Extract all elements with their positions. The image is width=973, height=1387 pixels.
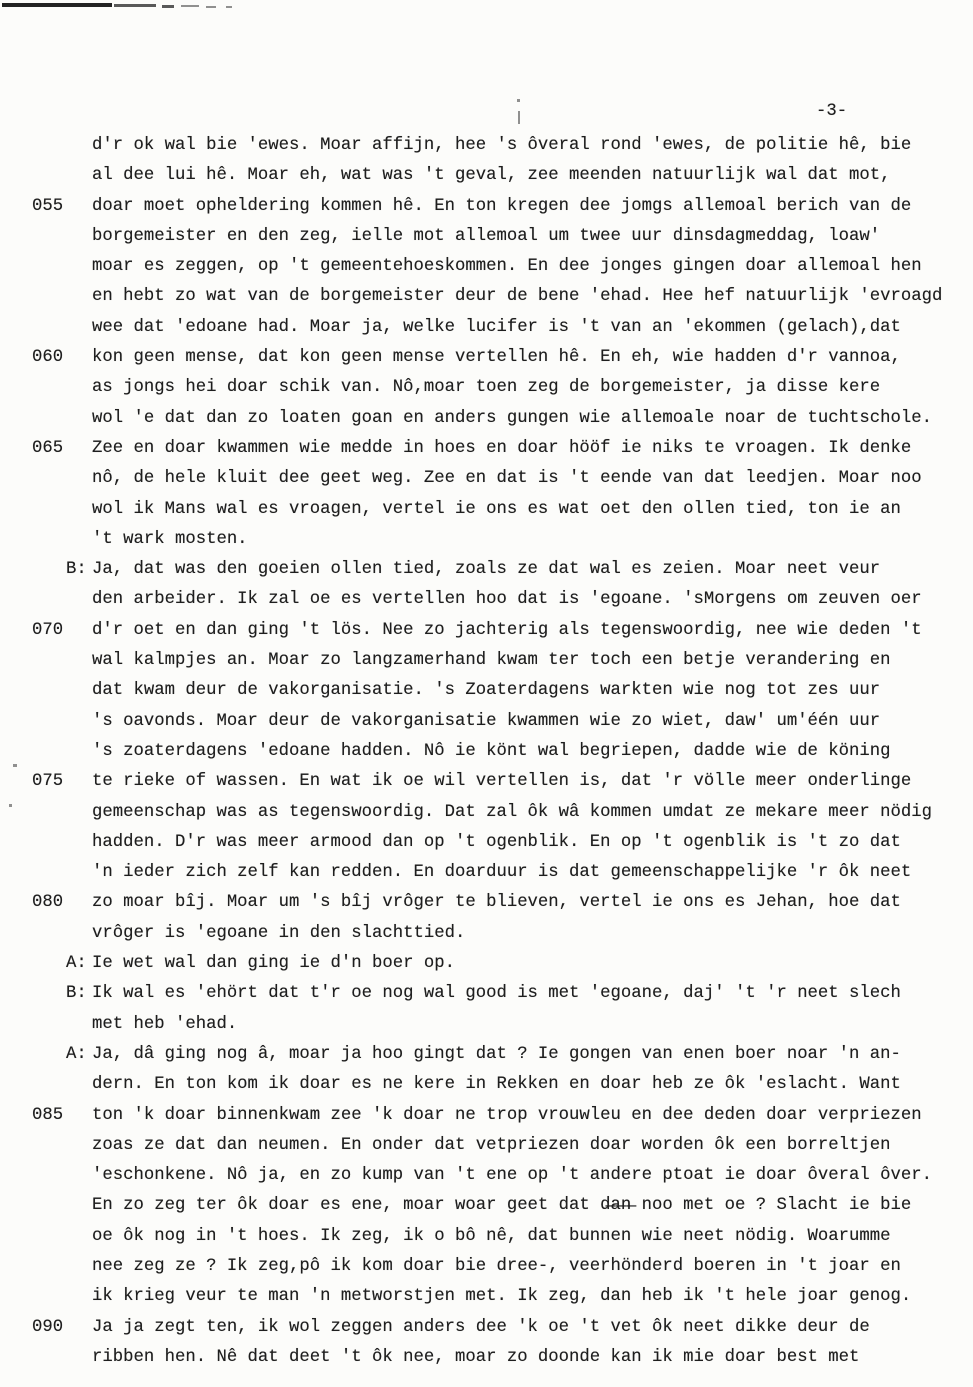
line-text: ton 'k doar binnenkwam zee 'k doar ne tr… [92, 1101, 922, 1131]
transcript-line: A:Ja, dâ ging nog â, moar ja hoo gingt d… [92, 1040, 952, 1070]
line-text: Zee en doar kwammen wie medde in hoes en… [92, 434, 911, 464]
transcript-line: 's zoaterdagens 'edoane hadden. Nô ie kö… [92, 737, 952, 767]
line-text: oe ôk nog in 't hoes. Ik zeg, ik o bô nê… [92, 1222, 891, 1252]
transcript-line: En zo zeg ter ôk doar es ene, moar woar … [92, 1191, 952, 1221]
margin-number: 085 [32, 1101, 63, 1131]
line-text: gemeenschap was as tegenswoordig. Dat za… [92, 798, 932, 828]
transcript-line: borgemeister en den zeg, ielle mot allem… [92, 222, 952, 252]
margin-number: 065 [32, 434, 63, 464]
transcript-line: 070d'r oet en dan ging 't lös. Nee zo ja… [92, 616, 952, 646]
transcript-line: A:Ie wet wal dan ging ie d'n boer op. [92, 949, 952, 979]
line-text: Ik wal es 'ehört dat t'r oe nog wal good… [92, 979, 901, 1009]
line-text: ribben hen. Nê dat deet 't ôk nee, moar … [92, 1343, 859, 1373]
page-number: -3- [816, 102, 847, 122]
line-text: 's oavonds. Moar deur de vakorganisatie … [92, 707, 880, 737]
transcript-line: 075te rieke of wassen. En wat ik oe wil … [92, 767, 952, 797]
line-text: hadden. D'r was meer armood dan op 't og… [92, 828, 901, 858]
transcript-line: dat kwam deur de vakorganisatie. 's Zoat… [92, 676, 952, 706]
scan-smudge [114, 4, 156, 7]
transcript-line: wee dat 'edoane had. Moar ja, welke luci… [92, 313, 952, 343]
line-text: d'r oet en dan ging 't lös. Nee zo jacht… [92, 616, 922, 646]
scan-speck [226, 6, 232, 8]
transcript-body: d'r ok wal bie 'ewes. Moar affijn, hee '… [92, 131, 952, 1373]
transcript-line: d'r ok wal bie 'ewes. Moar affijn, hee '… [92, 131, 952, 161]
transcript-line: dern. En ton kom ik doar es ne kere in R… [92, 1070, 952, 1100]
transcript-line: 's oavonds. Moar deur de vakorganisatie … [92, 707, 952, 737]
line-text: Ja, dat was den goeien ollen tied, zoals… [92, 555, 880, 585]
line-text: moar es zeggen, op 't gemeentehoeskommen… [92, 252, 922, 282]
line-text: as jongs hei doar schik van. Nô,moar toe… [92, 373, 880, 403]
margin-number: 075 [32, 767, 63, 797]
line-text: 'eschonkene. Nô ja, en zo kump van 't en… [92, 1161, 932, 1191]
line-text: en hebt zo wat van de borgemeister deur … [92, 282, 942, 312]
line-text: al dee lui hê. Moar eh, wat was 't geval… [92, 161, 891, 191]
scan-speck [517, 99, 520, 102]
line-text: wal kalmpjes an. Moar zo langzamerhand k… [92, 646, 891, 676]
line-text: wol 'e dat dan zo loaten goan en anders … [92, 404, 932, 434]
transcript-line: oe ôk nog in 't hoes. Ik zeg, ik o bô nê… [92, 1222, 952, 1252]
line-text: 's zoaterdagens 'edoane hadden. Nô ie kö… [92, 737, 891, 767]
speaker-label: A: [66, 949, 87, 979]
line-text: d'r ok wal bie 'ewes. Moar affijn, hee '… [92, 131, 911, 161]
line-text: ik krieg veur te man 'n metworstjen met.… [92, 1282, 911, 1312]
transcript-line: B:Ik wal es 'ehört dat t'r oe nog wal go… [92, 979, 952, 1009]
transcript-line: 055doar moet opheldering kommen hê. En t… [92, 192, 952, 222]
speaker-label: B: [66, 555, 87, 585]
scan-tick [518, 111, 520, 124]
transcript-line: wal kalmpjes an. Moar zo langzamerhand k… [92, 646, 952, 676]
line-text: Ja ja zegt ten, ik wol zeggen anders dee… [92, 1313, 870, 1343]
transcript-line: 'eschonkene. Nô ja, en zo kump van 't en… [92, 1161, 952, 1191]
line-text: Ie wet wal dan ging ie d'n boer op. [92, 949, 455, 979]
line-text: nee zeg ze ? Ik zeg,pô ik kom doar bie d… [92, 1252, 901, 1282]
transcript-line: vrôger is 'egoane in den slachttied. [92, 919, 952, 949]
transcript-line: ik krieg veur te man 'n metworstjen met.… [92, 1282, 952, 1312]
transcript-line: hadden. D'r was meer armood dan op 't og… [92, 828, 952, 858]
transcript-line: 080zo moar bîj. Moar um 's bîj vrôger te… [92, 888, 952, 918]
line-text: wee dat 'edoane had. Moar ja, welke luci… [92, 313, 901, 343]
line-text: wol ik Mans wal es vroagen, vertel ie on… [92, 495, 901, 525]
margin-number: 070 [32, 616, 63, 646]
line-text: dern. En ton kom ik doar es ne kere in R… [92, 1070, 901, 1100]
line-text: dat kwam deur de vakorganisatie. 's Zoat… [92, 676, 880, 706]
line-text: den arbeider. Ik zal oe es vertellen hoo… [92, 585, 922, 615]
transcript-line: den arbeider. Ik zal oe es vertellen hoo… [92, 585, 952, 615]
transcript-line: met heb 'ehad. [92, 1010, 952, 1040]
line-text: borgemeister en den zeg, ielle mot allem… [92, 222, 880, 252]
line-text: vrôger is 'egoane in den slachttied. [92, 919, 465, 949]
scan-speck [13, 764, 17, 767]
transcript-line: 't wark mosten. [92, 525, 952, 555]
line-text: te rieke of wassen. En wat ik oe wil ver… [92, 767, 911, 797]
transcript-line: zoas ze dat dan neumen. En onder dat vet… [92, 1131, 952, 1161]
margin-number: 055 [32, 192, 63, 222]
line-text: zo moar bîj. Moar um 's bîj vrôger te bl… [92, 888, 901, 918]
line-text: nô, de hele kluit dee geet weg. Zee en d… [92, 464, 922, 494]
line-text: 'n ieder zich zelf kan redden. En doardu… [92, 858, 911, 888]
line-text: met heb 'ehad. [92, 1010, 237, 1040]
scan-speck [162, 5, 174, 8]
speaker-label: A: [66, 1040, 87, 1070]
scan-speck [206, 6, 216, 8]
margin-number: 090 [32, 1313, 63, 1343]
line-text: kon geen mense, dat kon geen mense verte… [92, 343, 901, 373]
transcript-line: al dee lui hê. Moar eh, wat was 't geval… [92, 161, 952, 191]
transcript-line: nô, de hele kluit dee geet weg. Zee en d… [92, 464, 952, 494]
margin-number: 060 [32, 343, 63, 373]
transcript-line: moar es zeggen, op 't gemeentehoeskommen… [92, 252, 952, 282]
transcript-line: wol 'e dat dan zo loaten goan en anders … [92, 404, 952, 434]
transcript-line: as jongs hei doar schik van. Nô,moar toe… [92, 373, 952, 403]
line-text: 't wark mosten. [92, 525, 248, 555]
transcript-line: 090Ja ja zegt ten, ik wol zeggen anders … [92, 1313, 952, 1343]
line-text: Ja, dâ ging nog â, moar ja hoo gingt dat… [92, 1040, 901, 1070]
speaker-label: B: [66, 979, 87, 1009]
scanned-page: -3- d'r ok wal bie 'ewes. Moar affijn, h… [0, 0, 973, 1387]
transcript-line: en hebt zo wat van de borgemeister deur … [92, 282, 952, 312]
transcript-line: B:Ja, dat was den goeien ollen tied, zoa… [92, 555, 952, 585]
scan-speck [181, 5, 199, 7]
transcript-line: 065Zee en doar kwammen wie medde in hoes… [92, 434, 952, 464]
transcript-line: nee zeg ze ? Ik zeg,pô ik kom doar bie d… [92, 1252, 952, 1282]
transcript-line: gemeenschap was as tegenswoordig. Dat za… [92, 798, 952, 828]
line-text: zoas ze dat dan neumen. En onder dat vet… [92, 1131, 891, 1161]
margin-number: 080 [32, 888, 63, 918]
transcript-line: 060kon geen mense, dat kon geen mense ve… [92, 343, 952, 373]
transcript-line: 'n ieder zich zelf kan redden. En doardu… [92, 858, 952, 888]
transcript-line: wol ik Mans wal es vroagen, vertel ie on… [92, 495, 952, 525]
scan-speck [9, 804, 12, 807]
line-text: doar moet opheldering kommen hê. En ton … [92, 192, 911, 222]
transcript-line: 085ton 'k doar binnenkwam zee 'k doar ne… [92, 1101, 952, 1131]
transcript-line: ribben hen. Nê dat deet 't ôk nee, moar … [92, 1343, 952, 1373]
line-text: En zo zeg ter ôk doar es ene, moar woar … [92, 1191, 911, 1221]
scan-smudge [2, 3, 112, 7]
